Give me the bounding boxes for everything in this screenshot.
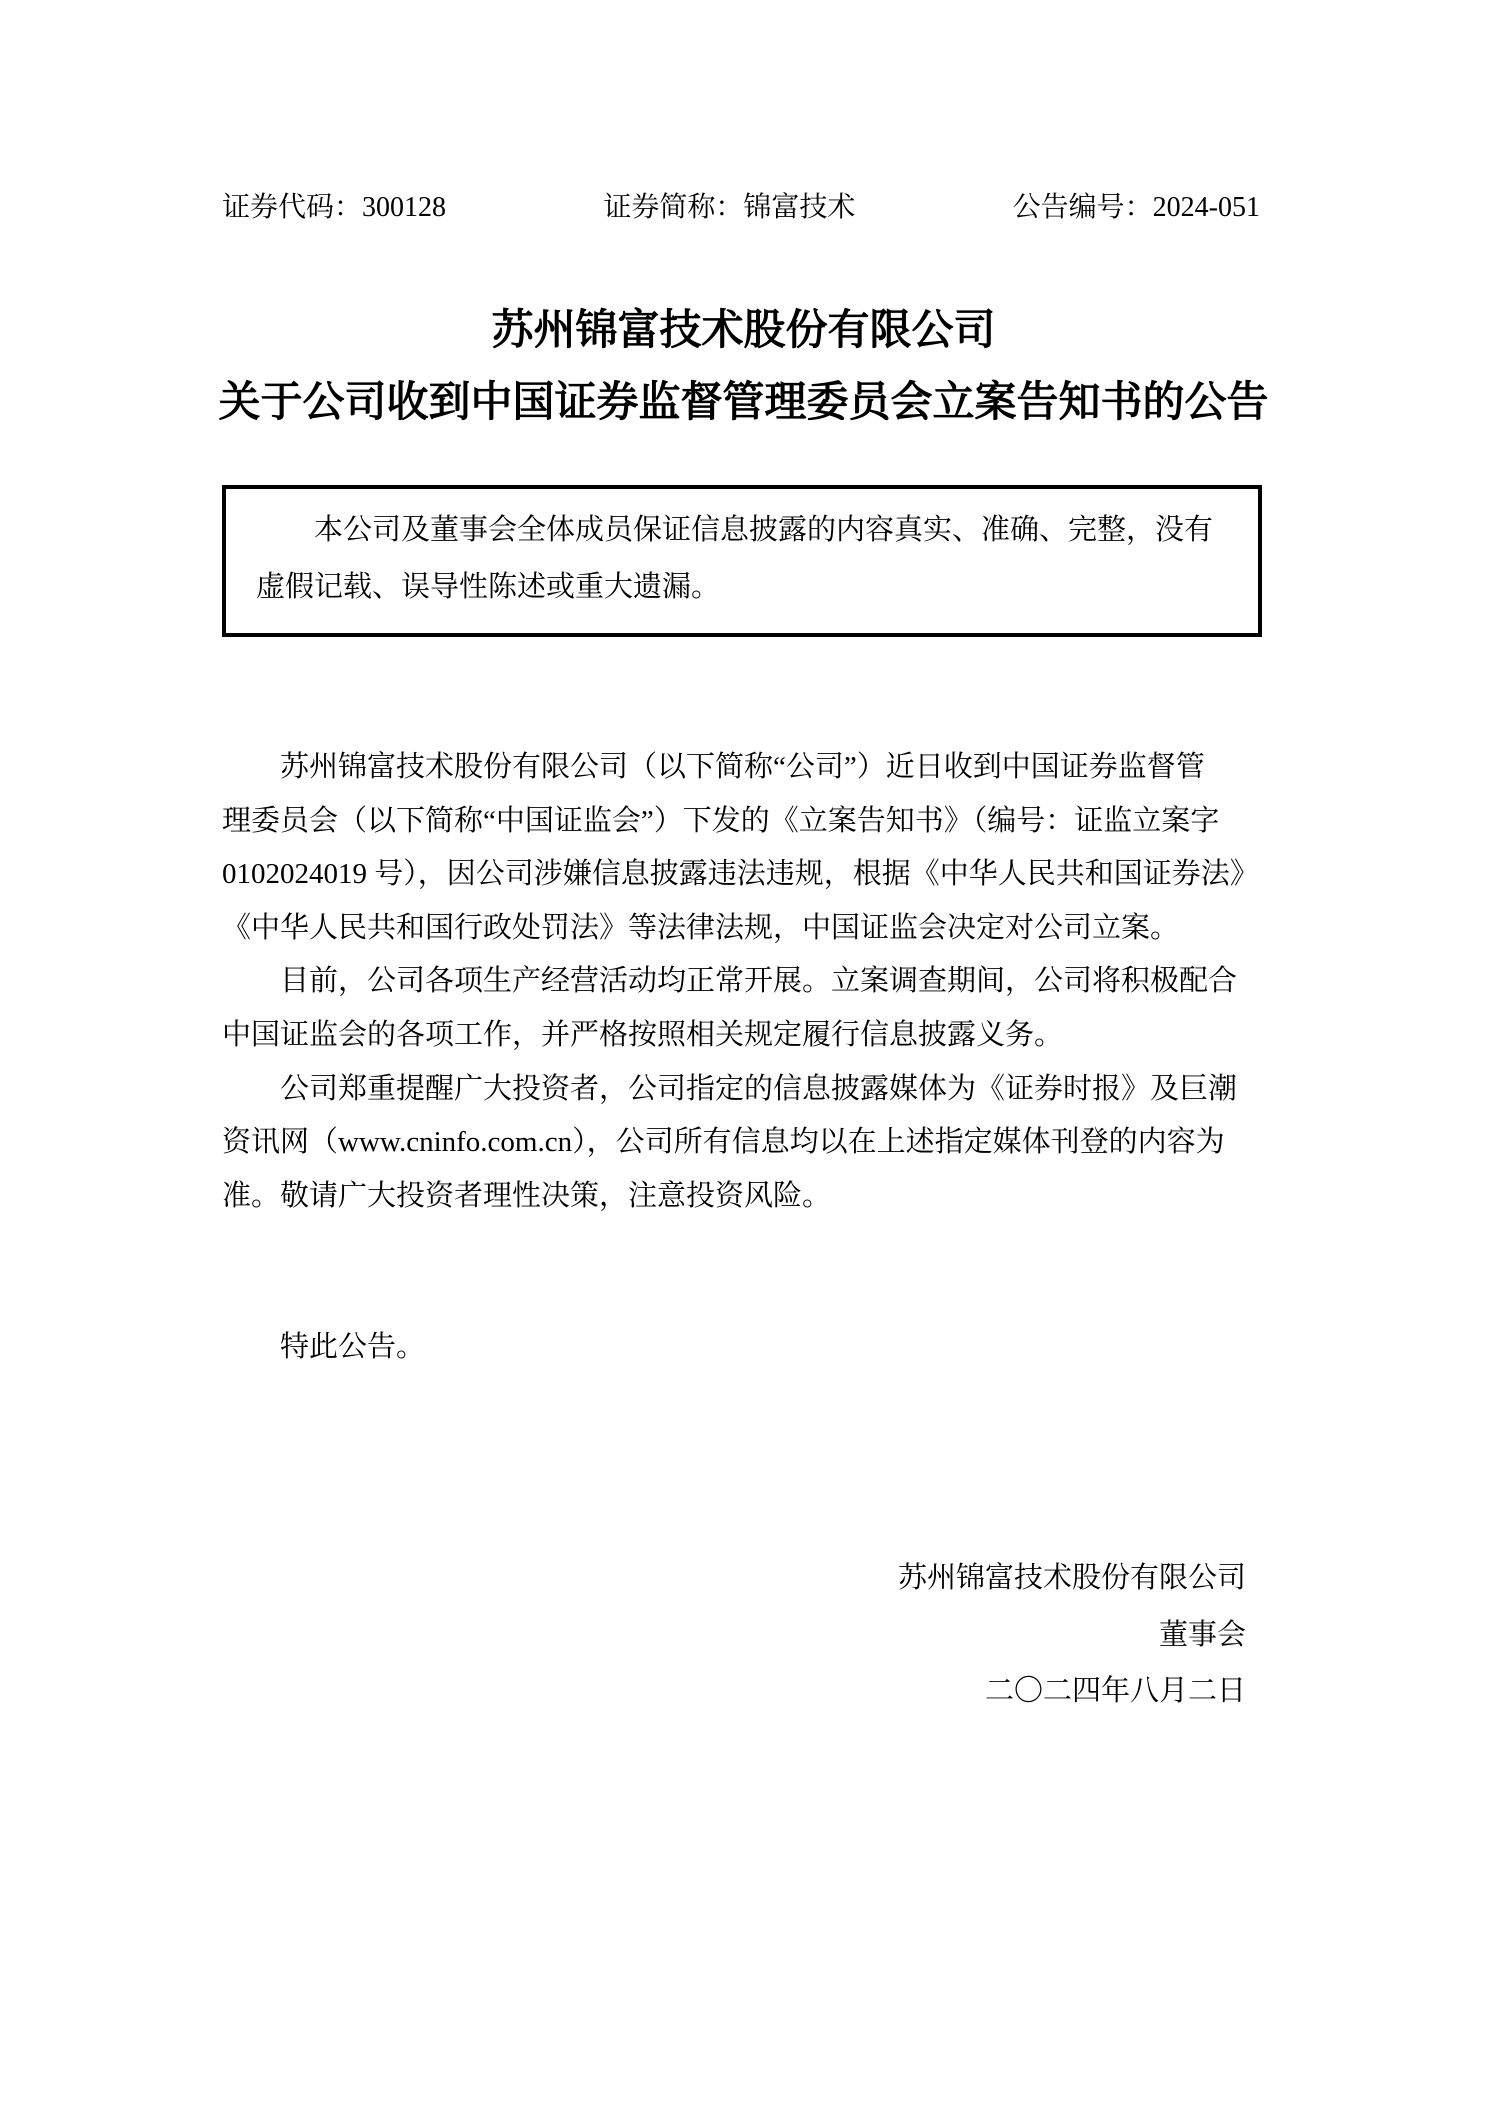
signature-board: 董事会 <box>898 1607 1246 1664</box>
body-text-block: 苏州锦富技术股份有限公司（以下简称“公司”）近日收到中国证券监督管 理委员会（以… <box>222 741 1267 1223</box>
body-line: 《中华人民共和国行政处罚法》等法律法规，中国证监会决定对公司立案。 <box>222 902 1267 956</box>
signature-block: 苏州锦富技术股份有限公司 董事会 二〇二四年八月二日 <box>898 1550 1246 1720</box>
disclaimer-line: 本公司及董事会全体成员保证信息披露的内容真实、准确、完整，没有 <box>256 502 1228 559</box>
body-line: 0102024019 号），因公司涉嫌信息披露违法违规，根据《中华人民共和国证券… <box>222 848 1267 902</box>
announcement-number: 公告编号：2024-051 <box>1013 190 1260 226</box>
body-line: 目前，公司各项生产经营活动均正常开展。立案调查期间，公司将积极配合 <box>222 955 1267 1009</box>
closing-statement: 特此公告。 <box>222 1320 425 1374</box>
stock-abbreviation: 证券简称：锦富技术 <box>603 190 855 226</box>
disclaimer-box: 本公司及董事会全体成员保证信息披露的内容真实、准确、完整，没有 虚假记载、误导性… <box>222 485 1262 637</box>
body-line: 准。敬请广大投资者理性决策，注意投资风险。 <box>222 1170 1267 1224</box>
signature-company: 苏州锦富技术股份有限公司 <box>898 1550 1246 1607</box>
stock-code: 证券代码：300128 <box>222 190 446 226</box>
body-line: 苏州锦富技术股份有限公司（以下简称“公司”）近日收到中国证券监督管 <box>222 741 1267 795</box>
company-name-title: 苏州锦富技术股份有限公司 <box>0 301 1487 361</box>
disclaimer-line: 虚假记载、误导性陈述或重大遗漏。 <box>256 559 1228 616</box>
document-header-row: 证券代码：300128 证券简称：锦富技术 公告编号：2024-051 <box>222 190 1260 226</box>
body-line: 资讯网（www.cninfo.com.cn），公司所有信息均以在上述指定媒体刊登… <box>222 1116 1267 1170</box>
announcement-document-page: 证券代码：300128 证券简称：锦富技术 公告编号：2024-051 苏州锦富… <box>0 0 1487 2105</box>
announcement-subject-title: 关于公司收到中国证券监督管理委员会立案告知书的公告 <box>0 373 1487 433</box>
body-line: 公司郑重提醒广大投资者，公司指定的信息披露媒体为《证券时报》及巨潮 <box>222 1063 1267 1117</box>
signature-date: 二〇二四年八月二日 <box>898 1663 1246 1720</box>
body-line: 理委员会（以下简称“中国证监会”）下发的《立案告知书》（编号：证监立案字 <box>222 795 1267 849</box>
body-line: 中国证监会的各项工作，并严格按照相关规定履行信息披露义务。 <box>222 1009 1267 1063</box>
